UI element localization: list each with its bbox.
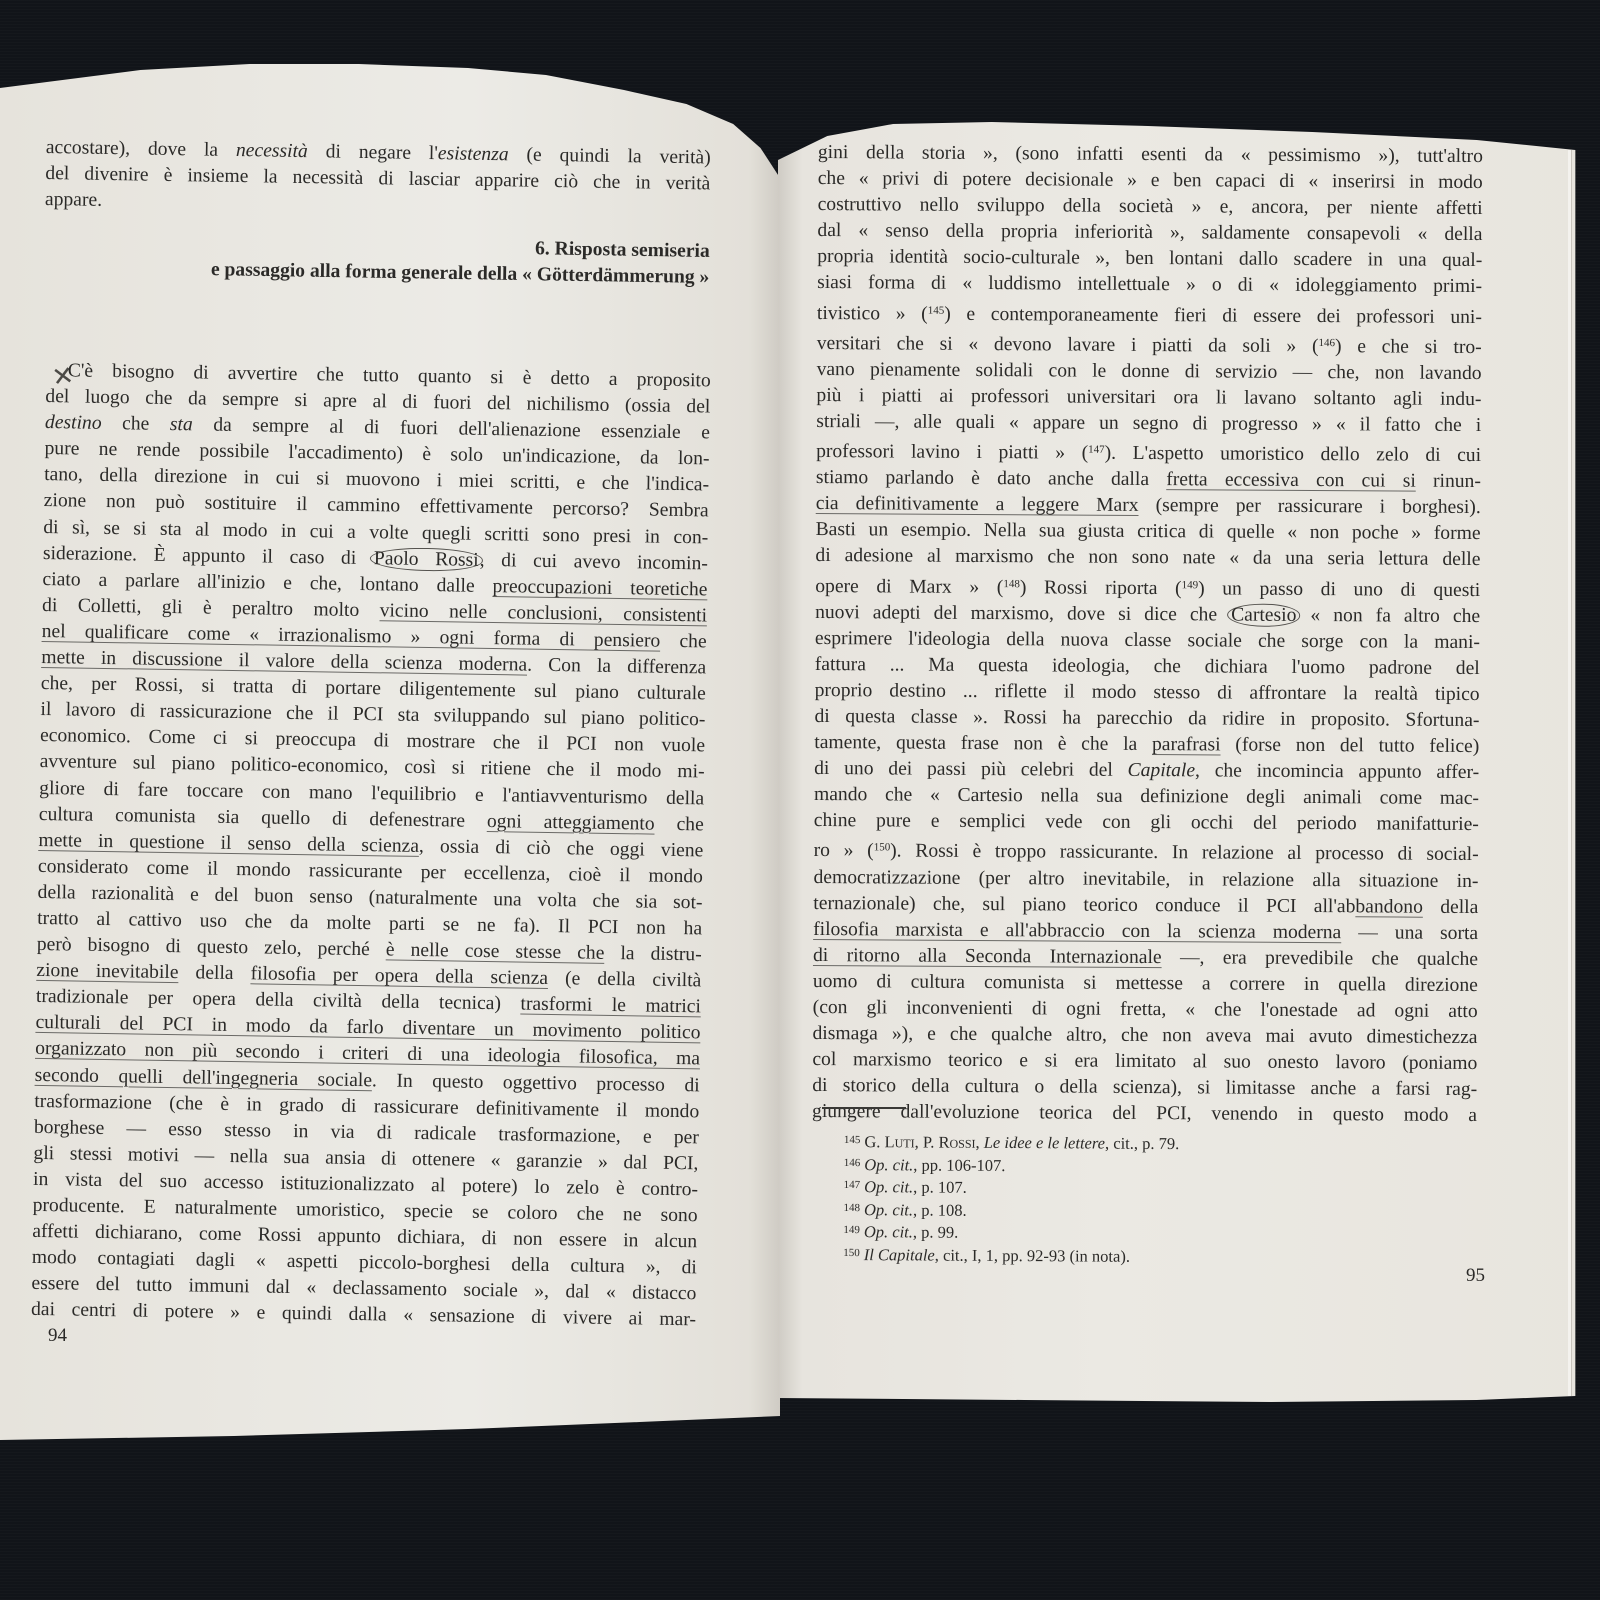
text-line: dismaga »), e che qualche altro, che non… bbox=[812, 1021, 1477, 1051]
left-page: accostare), dove la necessità di negare … bbox=[0, 40, 780, 1440]
text-line: democratizzazione (per altro inevitabile… bbox=[813, 865, 1478, 895]
text-line: esprimere l'ideologia della nuova classe… bbox=[815, 626, 1480, 656]
left-page-opening-paragraph: accostare), dove la necessità di negare … bbox=[45, 135, 711, 224]
text-line: che « privi di potere decisionale » e be… bbox=[818, 166, 1483, 196]
text-line: di uno dei passi più celebri del Capital… bbox=[814, 756, 1479, 786]
text-line: vano pienamente solidali con le donne di… bbox=[817, 357, 1482, 387]
footnote-ref-148[interactable]: 148 bbox=[1003, 578, 1020, 590]
right-page: gini della storia », (sono infatti esent… bbox=[778, 40, 1600, 1402]
text-line: tamente, questa frase non è che la paraf… bbox=[814, 730, 1479, 760]
underlined-text: è nelle cose stesse che bbox=[386, 939, 605, 963]
underlined-text: bandono bbox=[1355, 896, 1423, 917]
text-line: propria identità socio-culturale », ben … bbox=[817, 244, 1482, 274]
text-line: opere di Marx » (148) Rossi riporta (149… bbox=[815, 569, 1480, 603]
footnote-ref-147[interactable]: 147 bbox=[1088, 444, 1105, 456]
text-line: striali —, alle quali « appare un segno … bbox=[816, 409, 1481, 439]
underlined-text: filosofia marxista e all'abbraccio con l… bbox=[813, 919, 1341, 943]
text-line: ro » (150). Rossi è troppo rassicurante.… bbox=[814, 834, 1479, 868]
text-line: Basti un esempio. Nella sua giusta criti… bbox=[816, 517, 1481, 547]
underlined-text: mette in questione il senso della scienz… bbox=[38, 830, 419, 857]
underlined-text: di ritorno alla Seconda Internazionale bbox=[813, 945, 1162, 968]
footnote-149: 149Op. cit., p. 99. bbox=[843, 1220, 1403, 1246]
footnote-ref-150[interactable]: 150 bbox=[874, 842, 891, 854]
footnote-ref-146[interactable]: 146 bbox=[1319, 337, 1336, 349]
footnote-150: 150Il Capitale, cit., I, 1, pp. 92-93 (i… bbox=[843, 1243, 1403, 1269]
circled-annotation-cartesio: Cartesio bbox=[1227, 603, 1300, 626]
text-line: versitari che si « devono lavare i piatt… bbox=[817, 327, 1482, 361]
text-line: di ritorno alla Seconda Internazionale —… bbox=[813, 943, 1478, 973]
text-line: nuovi adepti del marxismo, dove si dice … bbox=[815, 600, 1480, 630]
text-line: chine pure e semplici vede con gli occhi… bbox=[814, 808, 1479, 838]
left-page-body: C'è bisogno di avvertire che tutto quant… bbox=[31, 358, 711, 1334]
underlined-text: vicino nelle conclusioni, consistenti bbox=[379, 600, 707, 626]
text-line: mando che « Cartesio nella sua definizio… bbox=[814, 782, 1479, 812]
text-line: filosofia marxista e all'abbraccio con l… bbox=[813, 917, 1478, 947]
text-line: stiamo parlando è dato anche dalla frett… bbox=[816, 465, 1481, 495]
underlined-text: fretta eccessiva con cui si bbox=[1166, 469, 1416, 492]
section-heading: 6. Risposta semiseria e passaggio alla f… bbox=[139, 230, 710, 291]
text-line: più i piatti ai professori universitari … bbox=[816, 383, 1481, 413]
footnote-separator-rule bbox=[822, 1107, 906, 1109]
book-photo-scene: accostare), dove la necessità di negare … bbox=[0, 0, 1600, 1600]
underlined-text: preoccupazioni teoretiche bbox=[492, 576, 707, 600]
text-line: tivistico » (145) e contemporaneamente f… bbox=[817, 297, 1482, 331]
text-line: costruttivo nello sviluppo della società… bbox=[818, 192, 1483, 222]
text-line: di questa classe ». Rossi ha parecchio d… bbox=[814, 704, 1479, 734]
underlined-text: cia definitivamente a leggere Marx bbox=[816, 493, 1139, 516]
footnotes: 145G. Luti, P. Rossi, Le idee e le lette… bbox=[843, 1130, 1404, 1269]
text-line: di storico della cultura o della scienza… bbox=[812, 1073, 1477, 1103]
text-line: ternazionale) che, sul piano teorico con… bbox=[813, 891, 1478, 921]
circled-annotation-paolo-rossi: Paolo Rossi bbox=[370, 547, 483, 572]
footnote-ref-149[interactable]: 149 bbox=[1182, 579, 1199, 591]
underlined-text: trasformi le matrici bbox=[520, 994, 701, 1018]
underlined-text: parafrasi bbox=[1152, 734, 1221, 755]
footnote-145: 145G. Luti, P. Rossi, Le idee e le lette… bbox=[844, 1130, 1404, 1156]
italic-necessita: necessità bbox=[236, 140, 308, 162]
text-line: col marxismo teorico e si era limitato a… bbox=[812, 1047, 1477, 1077]
underlined-text: filosofia per opera della scienza bbox=[250, 963, 548, 989]
text-line: proprio destino ... riflette il modo ste… bbox=[815, 678, 1480, 708]
underlined-text: zione inevitabile bbox=[36, 960, 178, 983]
footnote-ref-145[interactable]: 145 bbox=[928, 304, 945, 316]
text-line: (con gli inconvenienti di ogni fretta, «… bbox=[813, 995, 1478, 1025]
text-line: uomo di cultura comunista si mettesse a … bbox=[813, 969, 1478, 999]
text-line: di adesione al marxismo che non sono nat… bbox=[815, 543, 1480, 573]
text-line: dal « senso della propria inferiorità »,… bbox=[817, 218, 1482, 248]
text-line: gini della storia », (sono infatti esent… bbox=[818, 140, 1483, 170]
footnote-147: 147Op. cit., p. 107. bbox=[844, 1175, 1404, 1201]
page-number-right: 95 bbox=[1466, 1265, 1485, 1287]
right-page-body: gini della storia », (sono infatti esent… bbox=[812, 140, 1483, 1130]
underlined-text: secondo quelli dell'ingegneria sociale bbox=[35, 1064, 373, 1090]
italic-esistenza: esistenza bbox=[438, 143, 509, 165]
text-line: giungere dall'evoluzione teorica del PCI… bbox=[812, 1099, 1477, 1129]
text-line: siasi forma di « luddismo intellettuale … bbox=[817, 270, 1482, 300]
underlined-text: ogni atteggiamento bbox=[487, 811, 655, 835]
text-line: professori lavino i piatti » (147). L'as… bbox=[816, 435, 1481, 469]
page-number-left: 94 bbox=[48, 1325, 67, 1347]
text-line: fattura ... Ma questa ideologia, che dic… bbox=[815, 652, 1480, 682]
text-line: cia definitivamente a leggere Marx (semp… bbox=[816, 491, 1481, 521]
